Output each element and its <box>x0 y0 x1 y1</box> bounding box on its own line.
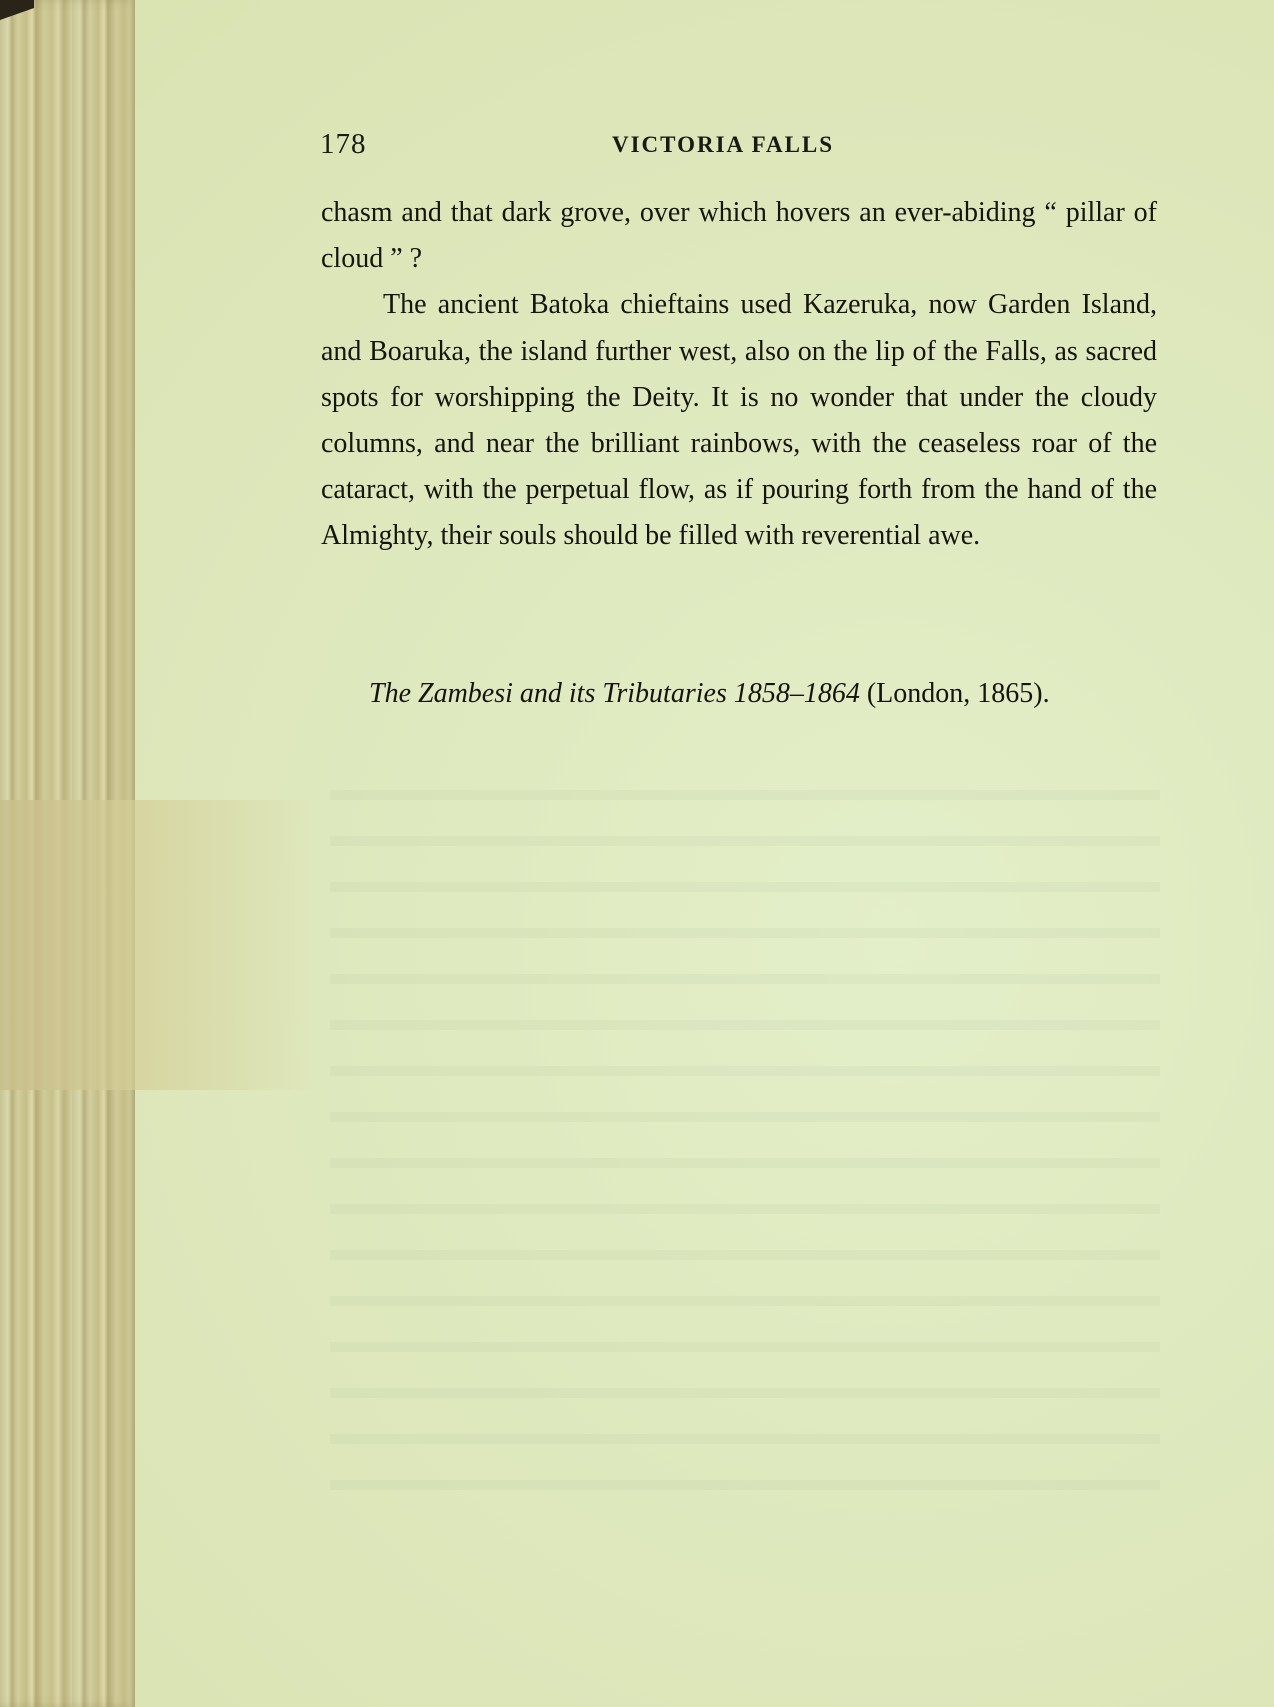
binding-shadow <box>0 0 34 20</box>
book-page: 178 VICTORIA FALLS chasm and that dark g… <box>0 0 1274 1707</box>
body-text: chasm and that dark grove, over which ho… <box>321 190 1157 560</box>
show-through-text <box>330 760 1160 1520</box>
source-citation: The Zambesi and its Tributaries 1858–186… <box>321 674 1157 714</box>
citation-title: The Zambesi and its Tributaries 1858–186… <box>369 678 860 709</box>
paragraph: The ancient Batoka chieftains used Kazer… <box>321 282 1157 559</box>
page-number: 178 <box>320 128 367 161</box>
page-header: 178 VICTORIA FALLS <box>320 128 1170 168</box>
scan-smudge <box>0 800 320 1090</box>
citation-publication: (London, 1865). <box>860 678 1050 709</box>
running-title: VICTORIA FALLS <box>612 132 834 158</box>
paragraph-continued: chasm and that dark grove, over which ho… <box>321 190 1157 282</box>
